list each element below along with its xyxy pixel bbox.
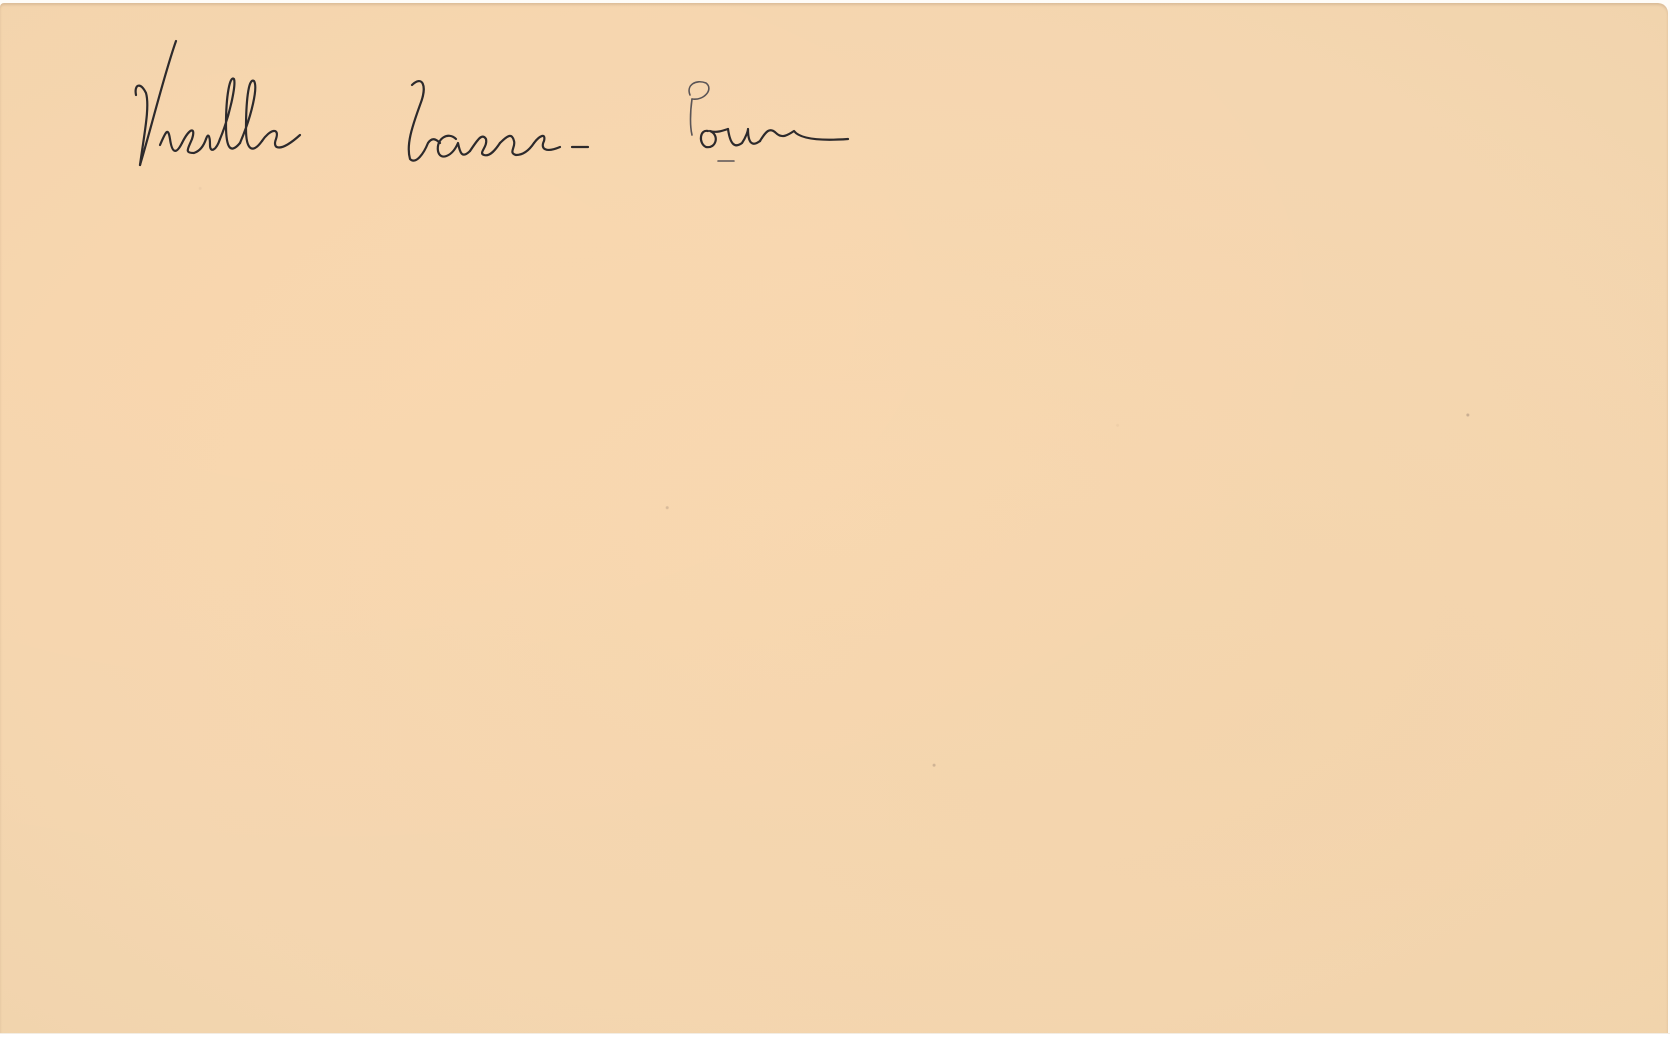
word-basse	[409, 81, 588, 161]
postcard-back: Vieille basse-cour	[0, 3, 1668, 1033]
handwritten-caption: Vieille basse-cour	[130, 35, 900, 185]
handwriting-strokes	[130, 35, 900, 185]
word-vieille	[136, 41, 300, 165]
scanned-document: Vieille basse-cour	[0, 0, 1670, 1053]
scan-bottom-margin	[0, 1033, 1670, 1053]
word-cour	[689, 82, 848, 161]
